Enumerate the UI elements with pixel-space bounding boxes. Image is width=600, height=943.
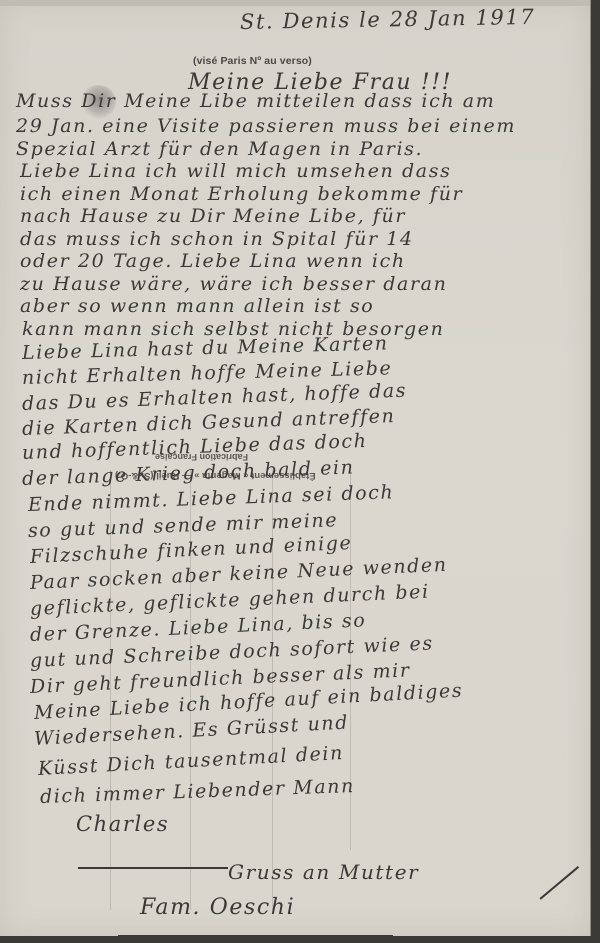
letter-line: aber so wenn mann allein ist so [20,295,374,317]
letter-line: 29 Jan. eine Visite passieren muss bei e… [16,115,516,137]
postcard: (visé Paris Nº au verso) Fabrication Fra… [0,0,591,936]
printed-header: (visé Paris Nº au verso) [193,55,312,67]
letter-line: dich immer Liebender Mann [40,775,356,808]
letter-line: Muss Dir Meine Libe mitteilen dass ich a… [16,90,495,112]
letter-line: oder 20 Tage. Liebe Lina wenn ich [20,250,406,272]
card-edge [590,0,591,936]
closing-underline [118,935,393,936]
signature: Charles [76,812,169,836]
closing-name: Fam. Oeschi [140,895,295,920]
letter-line: nach Hause zu Dir Meine Libe, für [20,205,406,227]
signature-underline [78,867,228,869]
letter-line: Liebe Lina ich will mich umsehen dass [20,160,451,182]
letter-line: das muss ich schon in Spital für 14 [20,228,414,250]
letter-line: ich einen Monat Erholung bekomme für [20,183,463,205]
postscript: Gruss an Mutter [228,860,419,884]
letter-line: Spezial Arzt für den Magen in Paris. [16,138,423,160]
letter-line: zu Hause wäre, wäre ich besser daran [20,273,447,295]
place-date: St. Denis le 28 Jan 1917 [240,5,536,34]
pen-flourish [540,866,579,899]
